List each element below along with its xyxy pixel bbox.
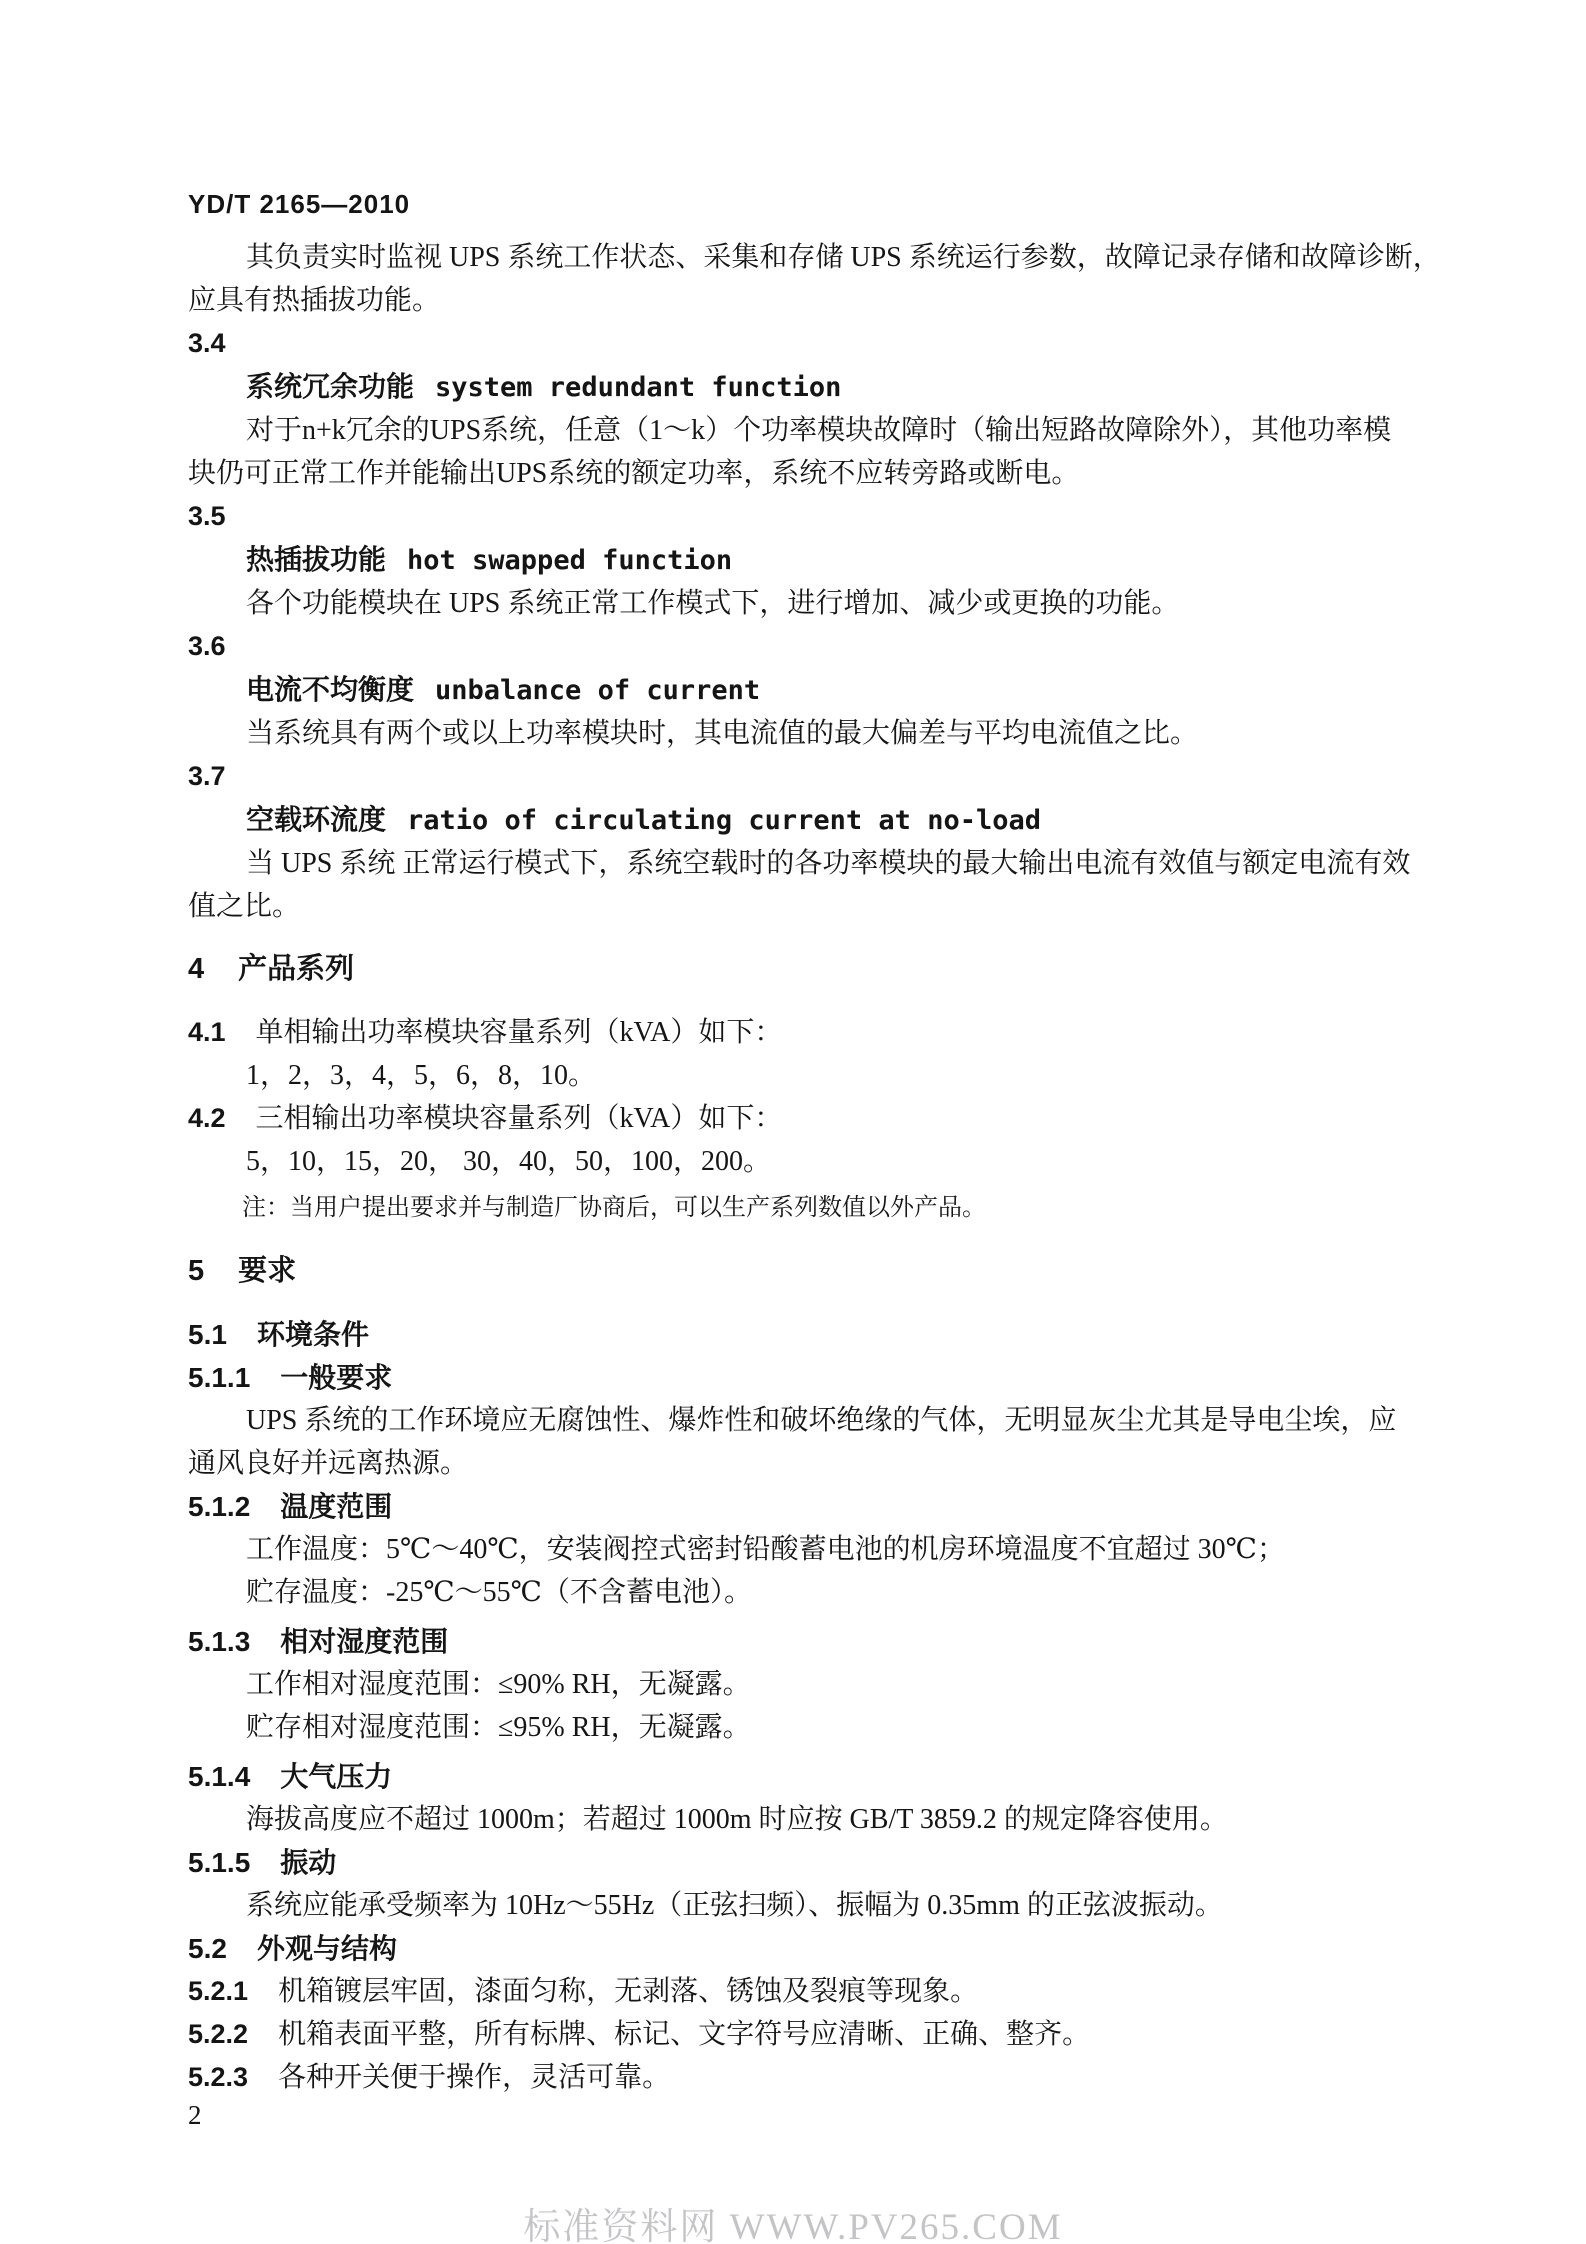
- clause-4-2: 4.2三相输出功率模块容量系列（kVA）如下：: [188, 1097, 1404, 1140]
- clause-number: 5.2.1: [188, 1976, 248, 2006]
- capacity-series-single-phase: 1，2，3，4，5，6，8，10。: [188, 1054, 1404, 1097]
- section-number: 5.1.3: [188, 1626, 250, 1657]
- section-number: 5.1.4: [188, 1761, 250, 1792]
- spec-line-operating-temp: 工作温度：5℃～40℃，安装阀控式密封铅酸蓄电池的机房环境温度不宜超过 30℃；: [188, 1528, 1404, 1571]
- chapter-heading-5: 5要求: [188, 1249, 1404, 1294]
- clause-number: 4.1: [188, 1017, 226, 1047]
- watermark: 标准资料网 WWW.PV265.COM: [0, 2196, 1586, 2244]
- section-heading-5-1-2: 5.1.2温度范围: [188, 1485, 1404, 1528]
- section-title: 大气压力: [280, 1761, 392, 1792]
- section-title: 相对湿度范围: [280, 1626, 448, 1657]
- term-heading-3-6: 电流不均衡度 unbalance of current: [188, 668, 1404, 712]
- term-zh: 系统冗余功能: [246, 371, 414, 402]
- term-heading-3-7: 空载环流度 ratio of circulating current at no…: [188, 798, 1404, 842]
- chapter-title: 产品系列: [238, 953, 354, 985]
- section-heading-5-1-3: 5.1.3相对湿度范围: [188, 1620, 1404, 1663]
- term-en: system redundant function: [435, 372, 841, 403]
- section-number-3-6: 3.6: [188, 625, 1404, 668]
- capacity-series-three-phase: 5，10，15，20， 30，40，50，100，200。: [188, 1140, 1404, 1183]
- clause-5-2-1: 5.2.1机箱镀层牢固，漆面匀称，无剥落、锈蚀及裂痕等现象。: [188, 1970, 1404, 2013]
- section-title: 一般要求: [280, 1362, 392, 1393]
- paragraph-line: 值之比。: [188, 885, 1404, 928]
- chapter-title: 要求: [238, 1255, 296, 1287]
- paragraph-line: 对于n+k冗余的UPS系统，任意（1～k）个功率模块故障时（输出短路故障除外），…: [188, 409, 1404, 452]
- spec-line-operating-humidity: 工作相对湿度范围：≤90% RH，无凝露。: [188, 1663, 1404, 1706]
- paragraph-line: 当 UPS 系统 正常运行模式下，系统空载时的各功率模块的最大输出电流有效值与额…: [188, 842, 1404, 885]
- chapter-heading-4: 4产品系列: [188, 947, 1404, 992]
- section-heading-5-1-4: 5.1.4大气压力: [188, 1755, 1404, 1798]
- term-heading-3-5: 热插拔功能 hot swapped function: [188, 538, 1404, 582]
- section-title: 外观与结构: [257, 1933, 397, 1964]
- term-zh: 空载环流度: [246, 804, 386, 835]
- spec-line-storage-humidity: 贮存相对湿度范围：≤95% RH，无凝露。: [188, 1706, 1404, 1749]
- term-zh: 电流不均衡度: [246, 674, 414, 705]
- section-number: 5.1.5: [188, 1847, 250, 1878]
- clause-5-2-2: 5.2.2机箱表面平整，所有标牌、标记、文字符号应清晰、正确、整齐。: [188, 2013, 1404, 2056]
- section-title: 环境条件: [257, 1319, 369, 1350]
- doc-code-header: YD/T 2165—2010: [188, 188, 1404, 220]
- paragraph-line: UPS 系统的工作环境应无腐蚀性、爆炸性和破坏绝缘的气体，无明显灰尘尤其是导电尘…: [188, 1399, 1404, 1442]
- section-heading-5-1-5: 5.1.5振动: [188, 1841, 1404, 1884]
- section-title: 振动: [280, 1847, 336, 1878]
- paragraph-line: 应具有热插拔功能。: [188, 279, 1404, 322]
- term-en: hot swapped function: [407, 545, 732, 576]
- clause-5-2-3: 5.2.3各种开关便于操作，灵活可靠。: [188, 2056, 1404, 2099]
- paragraph-line: 各个功能模块在 UPS 系统正常工作模式下，进行增加、减少或更换的功能。: [188, 582, 1404, 625]
- section-title: 温度范围: [280, 1491, 392, 1522]
- document-body: YD/T 2165—2010 其负责实时监视 UPS 系统工作状态、采集和存储 …: [188, 188, 1404, 2099]
- clause-text: 机箱表面平整，所有标牌、标记、文字符号应清晰、正确、整齐。: [278, 2019, 1090, 2050]
- section-number-3-7: 3.7: [188, 755, 1404, 798]
- clause-4-1: 4.1单相输出功率模块容量系列（kVA）如下：: [188, 1011, 1404, 1054]
- paragraph-line: 块仍可正常工作并能输出UPS系统的额定功率，系统不应转旁路或断电。: [188, 452, 1404, 495]
- spec-line-altitude: 海拔高度应不超过 1000m；若超过 1000m 时应按 GB/T 3859.2…: [188, 1798, 1404, 1841]
- chapter-number: 5: [188, 1255, 204, 1287]
- section-number: 5.1.2: [188, 1491, 250, 1522]
- section-heading-5-2: 5.2外观与结构: [188, 1927, 1404, 1970]
- section-heading-5-1-1: 5.1.1一般要求: [188, 1356, 1404, 1399]
- paragraph-line: 通风良好并远离热源。: [188, 1442, 1404, 1485]
- clause-text: 三相输出功率模块容量系列（kVA）如下：: [256, 1103, 783, 1134]
- term-en: unbalance of current: [435, 675, 760, 706]
- document-page: YD/T 2165—2010 其负责实时监视 UPS 系统工作状态、采集和存储 …: [0, 0, 1586, 2244]
- clause-text: 各种开关便于操作，灵活可靠。: [278, 2062, 670, 2093]
- clause-number: 4.2: [188, 1103, 226, 1133]
- clause-number: 5.2.3: [188, 2062, 248, 2092]
- section-number: 5.1: [188, 1319, 227, 1350]
- clause-text: 机箱镀层牢固，漆面匀称，无剥落、锈蚀及裂痕等现象。: [278, 1976, 978, 2007]
- term-heading-3-4: 系统冗余功能 system redundant function: [188, 365, 1404, 409]
- section-number-3-4: 3.4: [188, 322, 1404, 365]
- section-heading-5-1: 5.1环境条件: [188, 1313, 1404, 1356]
- term-en: ratio of circulating current at no-load: [407, 805, 1041, 836]
- clause-number: 5.2.2: [188, 2019, 248, 2049]
- paragraph-line: 其负责实时监视 UPS 系统工作状态、采集和存储 UPS 系统运行参数，故障记录…: [188, 236, 1404, 279]
- section-number-3-5: 3.5: [188, 495, 1404, 538]
- spec-line-vibration: 系统应能承受频率为 10Hz～55Hz（正弦扫频）、振幅为 0.35mm 的正弦…: [188, 1884, 1404, 1927]
- section-number: 5.2: [188, 1933, 227, 1964]
- page-number: 2: [188, 2094, 202, 2137]
- term-zh: 热插拔功能: [246, 544, 386, 575]
- chapter-number: 4: [188, 953, 204, 985]
- spec-line-storage-temp: 贮存温度：-25℃～55℃（不含蓄电池）。: [188, 1571, 1404, 1614]
- clause-text: 单相输出功率模块容量系列（kVA）如下：: [256, 1017, 783, 1048]
- note-text: 注：当用户提出要求并与制造厂协商后，可以生产系列数值以外产品。: [188, 1187, 1404, 1230]
- paragraph-line: 当系统具有两个或以上功率模块时，其电流值的最大偏差与平均电流值之比。: [188, 712, 1404, 755]
- section-number: 5.1.1: [188, 1362, 250, 1393]
